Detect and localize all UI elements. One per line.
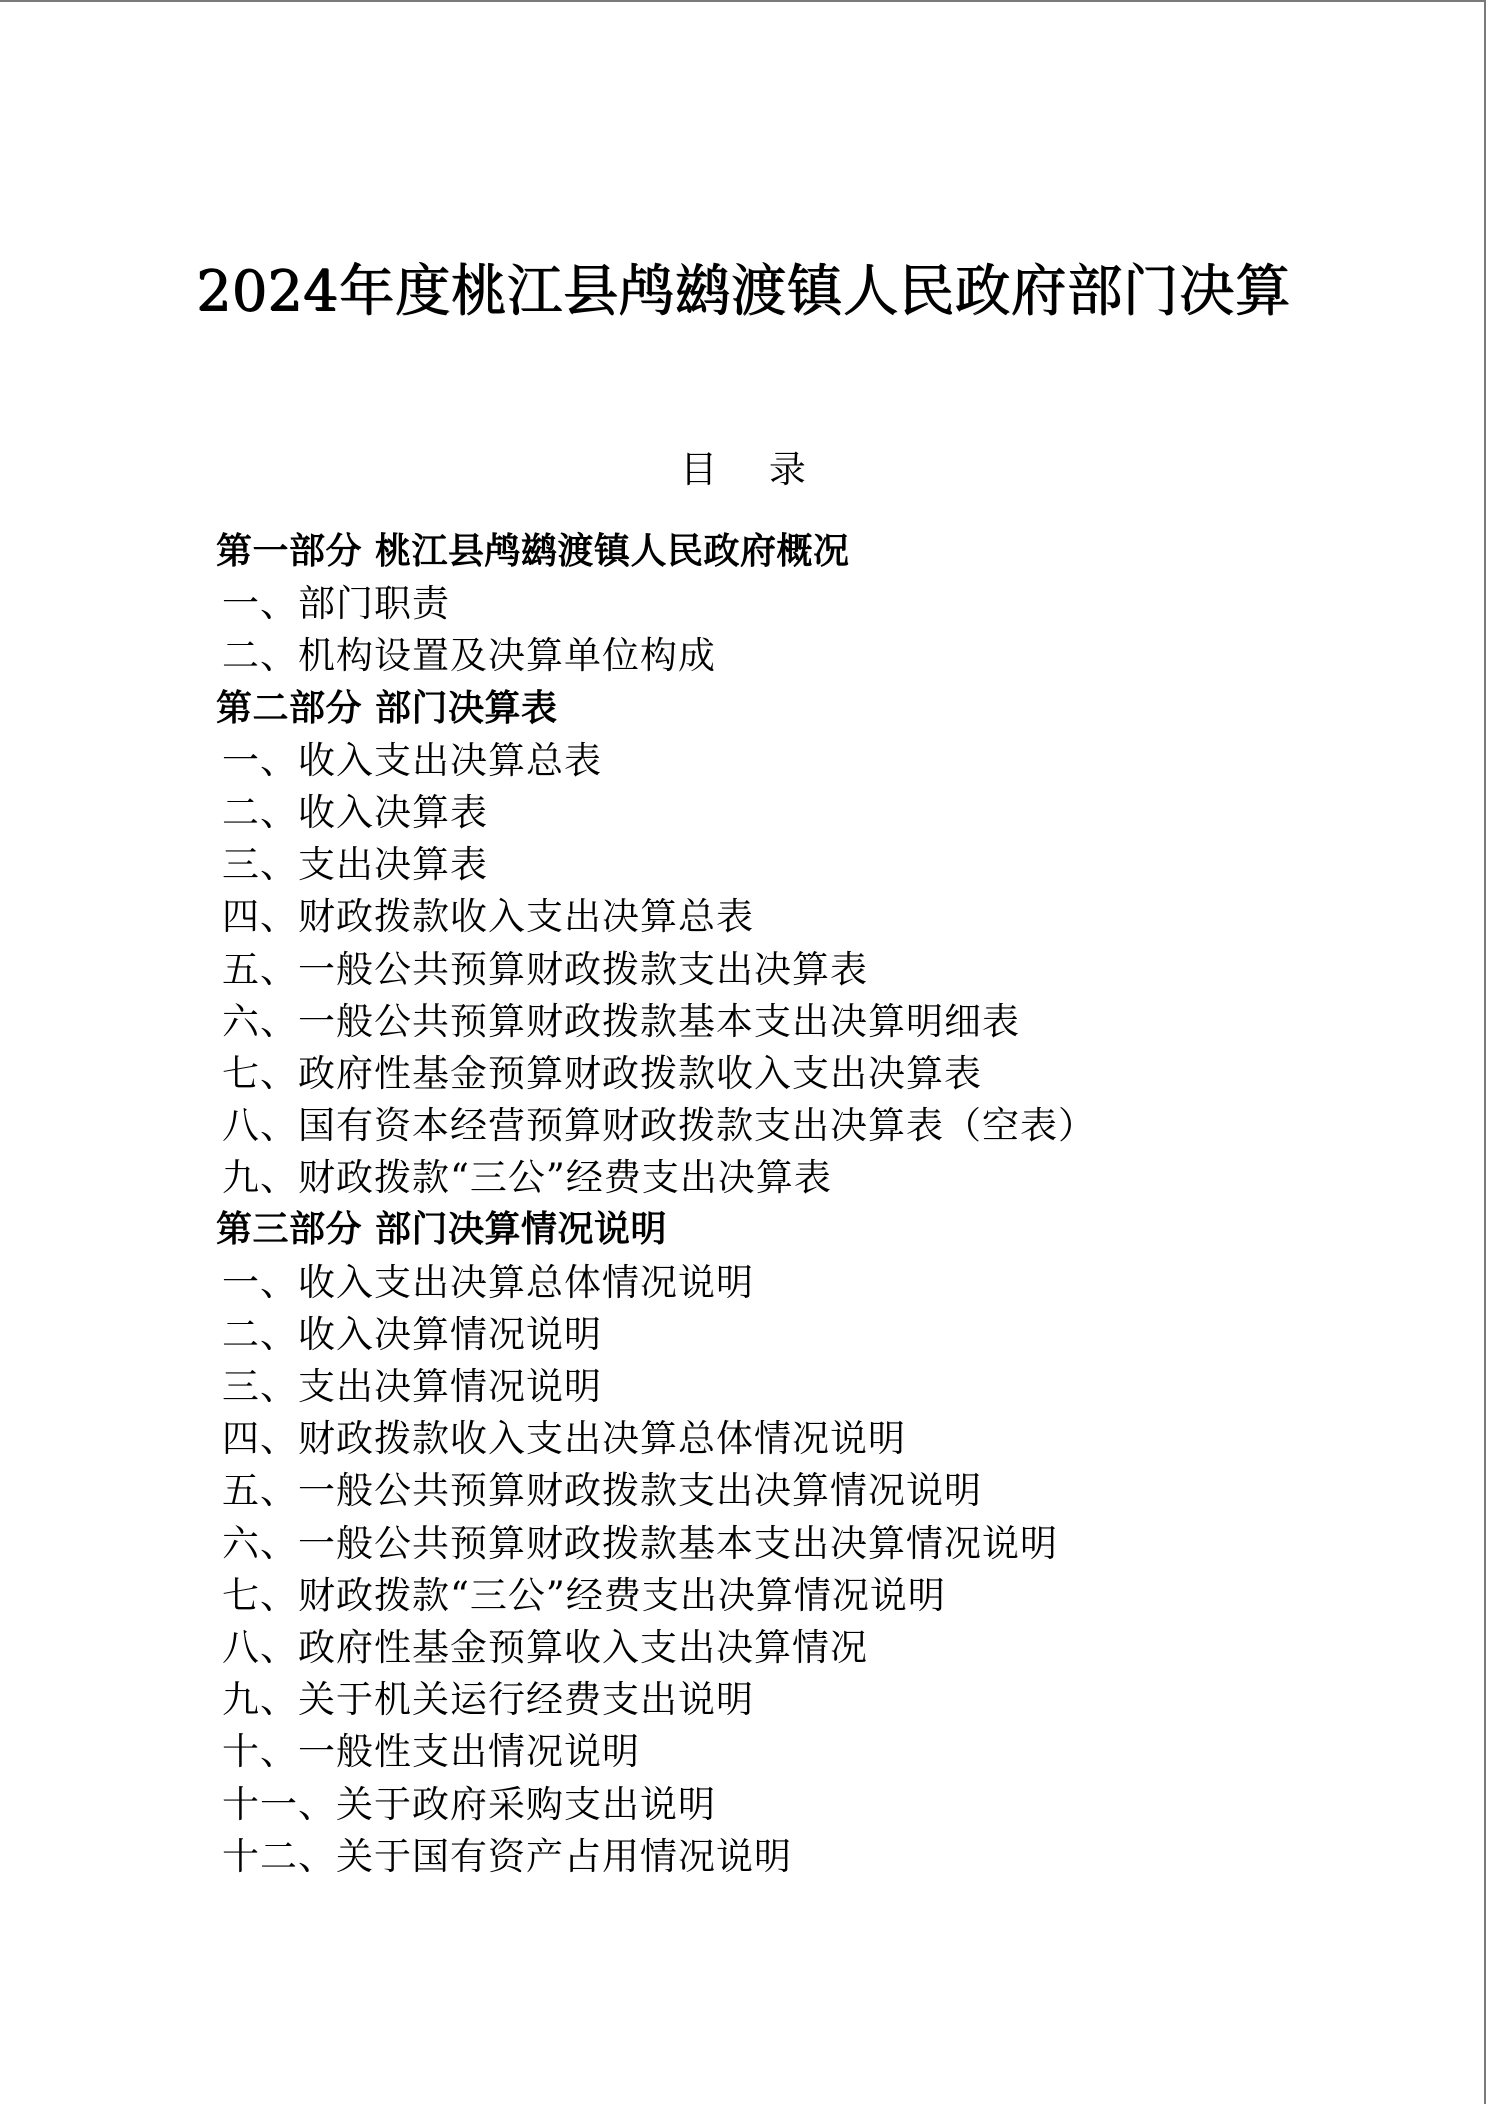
toc-item[interactable]: 五、一般公共预算财政拨款支出决算情况说明 bbox=[216, 1465, 1366, 1517]
toc-item[interactable]: 一、收入支出决算总表 bbox=[216, 735, 1366, 787]
toc-item[interactable]: 二、收入决算表 bbox=[216, 787, 1366, 839]
document-title: 2024年度桃江县鸬鹚渡镇人民政府部门决算 bbox=[0, 254, 1486, 330]
toc-item[interactable]: 八、国有资本经营预算财政拨款支出决算表（空表） bbox=[216, 1100, 1366, 1152]
toc-item[interactable]: 七、政府性基金预算财政拨款收入支出决算表 bbox=[216, 1048, 1366, 1100]
toc-item[interactable]: 一、收入支出决算总体情况说明 bbox=[216, 1257, 1366, 1309]
toc-part-3-heading[interactable]: 第三部分 部门决算情况说明 bbox=[216, 1204, 1366, 1256]
toc-item[interactable]: 九、财政拨款“三公”经费支出决算表 bbox=[216, 1152, 1366, 1204]
toc-part-1-heading[interactable]: 第一部分 桃江县鸬鹚渡镇人民政府概况 bbox=[216, 526, 1366, 578]
toc-item[interactable]: 七、财政拨款“三公”经费支出决算情况说明 bbox=[216, 1570, 1366, 1622]
toc-item[interactable]: 二、收入决算情况说明 bbox=[216, 1309, 1366, 1361]
toc-item[interactable]: 八、政府性基金预算收入支出决算情况 bbox=[216, 1622, 1366, 1674]
toc-item[interactable]: 十二、关于国有资产占用情况说明 bbox=[216, 1831, 1366, 1883]
toc-item[interactable]: 四、财政拨款收入支出决算总体情况说明 bbox=[216, 1413, 1366, 1465]
toc-item[interactable]: 三、支出决算情况说明 bbox=[216, 1361, 1366, 1413]
table-of-contents: 第一部分 桃江县鸬鹚渡镇人民政府概况 一、部门职责 二、机构设置及决算单位构成 … bbox=[216, 526, 1366, 1883]
toc-item[interactable]: 二、机构设置及决算单位构成 bbox=[216, 630, 1366, 682]
toc-item[interactable]: 十、一般性支出情况说明 bbox=[216, 1726, 1366, 1778]
toc-item[interactable]: 四、财政拨款收入支出决算总表 bbox=[216, 891, 1366, 943]
toc-item[interactable]: 一、部门职责 bbox=[216, 578, 1366, 630]
toc-item[interactable]: 五、一般公共预算财政拨款支出决算表 bbox=[216, 944, 1366, 996]
document-page: 2024年度桃江县鸬鹚渡镇人民政府部门决算 目 录 第一部分 桃江县鸬鹚渡镇人民… bbox=[0, 0, 1486, 2104]
toc-heading: 目 录 bbox=[0, 444, 1486, 496]
toc-item[interactable]: 六、一般公共预算财政拨款基本支出决算明细表 bbox=[216, 996, 1366, 1048]
toc-item[interactable]: 十一、关于政府采购支出说明 bbox=[216, 1779, 1366, 1831]
toc-item[interactable]: 六、一般公共预算财政拨款基本支出决算情况说明 bbox=[216, 1518, 1366, 1570]
toc-item[interactable]: 九、关于机关运行经费支出说明 bbox=[216, 1674, 1366, 1726]
toc-part-2-heading[interactable]: 第二部分 部门决算表 bbox=[216, 683, 1366, 735]
toc-item[interactable]: 三、支出决算表 bbox=[216, 839, 1366, 891]
